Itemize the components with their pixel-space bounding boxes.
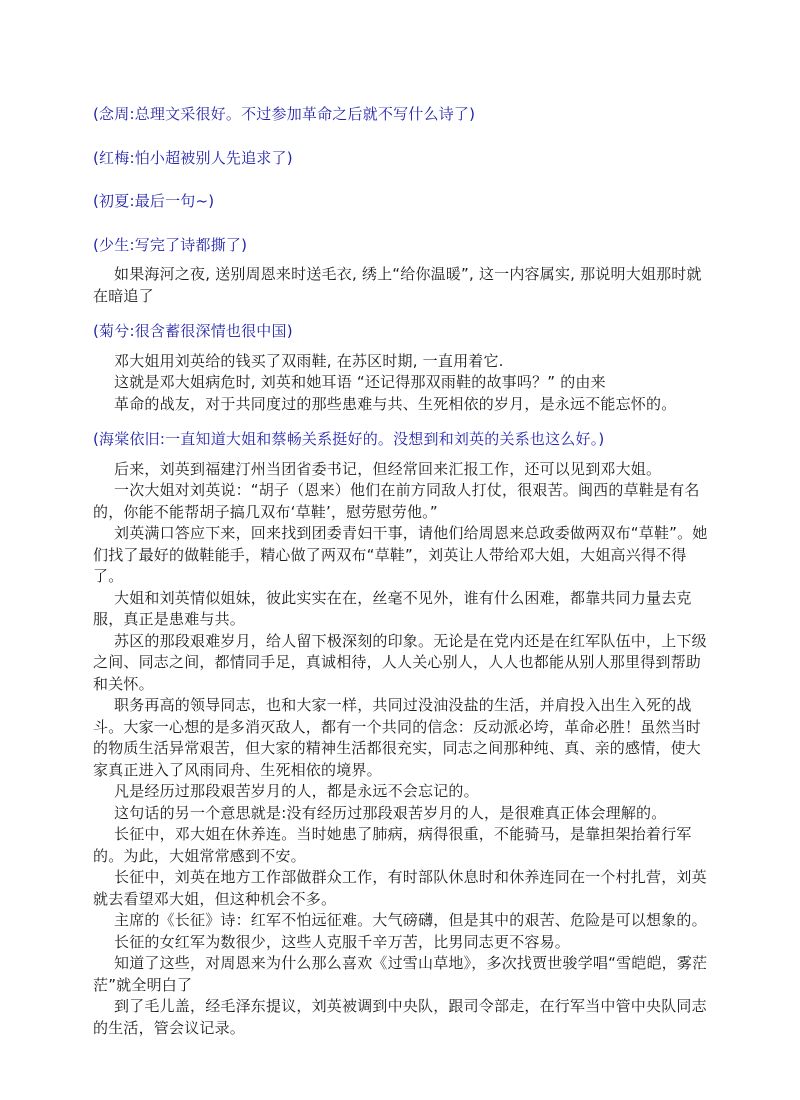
body-paragraph: 大姐和刘英情似姐妹，彼此实实在在，丝毫不见外，谁有什么困难，都靠共同力量去克服，… <box>93 588 708 631</box>
reader-comment-line: (少生:写完了诗都撕了) <box>93 235 708 257</box>
body-paragraph: 长征的女红军为数很少，这些人克服千辛万苦，比男同志更不容易。 <box>93 932 708 954</box>
body-paragraph: 主席的《长征》诗：红军不怕远征难。大气磅礴，但是其中的艰苦、危险是可以想象的。 <box>93 910 708 932</box>
reader-comment-line: (红梅:怕小超被别人先追求了) <box>93 148 708 170</box>
body-paragraph: 革命的战友，对于共同度过的那些患难与共、生死相依的岁月，是永远不能忘怀的。 <box>93 394 708 416</box>
body-paragraph: 这句话的另一个意思就是:没有经历过那段艰苦岁月的人，是很难真正体会理解的。 <box>93 803 708 825</box>
body-paragraph: 职务再高的领导同志，也和大家一样，共同过没油没盐的生活，并肩投入出生入死的战斗。… <box>93 695 708 781</box>
body-paragraph: 后来，刘英到福建汀州当团省委书记，但经常回来汇报工作，还可以见到邓大姐。 <box>93 459 708 481</box>
reader-comment-line: (初夏:最后一句~) <box>93 191 708 213</box>
document-page: (念周:总理文采很好。不过参加革命之后就不写什么诗了)(红梅:怕小超被别人先追求… <box>0 0 800 1100</box>
body-paragraph: 长征中，邓大姐在休养连。当时她患了肺病，病得很重，不能骑马，是靠担架抬着行军的。… <box>93 824 708 867</box>
reader-comment-line: (菊兮:很含蓄很深情也很中国) <box>93 321 708 343</box>
reader-comment-line: (念周:总理文采很好。不过参加革命之后就不写什么诗了) <box>93 104 708 126</box>
reader-comment-line: (海棠依旧:一直知道大姐和蔡畅关系挺好的。没想到和刘英的关系也这么好。) <box>93 429 708 451</box>
body-paragraph: 邓大姐用刘英给的钱买了双雨鞋, 在苏区时期, 一直用着它. <box>93 351 708 373</box>
body-paragraph: 凡是经历过那段艰苦岁月的人，都是永远不会忘记的。 <box>93 781 708 803</box>
body-paragraph: 这就是邓大姐病危时, 刘英和她耳语 “还记得那双雨鞋的故事吗？” 的由来 <box>93 372 708 394</box>
body-paragraph: 如果海河之夜, 送别周恩来时送毛衣, 绣上“给你温暖”, 这一内容属实, 那说明… <box>93 264 708 307</box>
body-paragraph: 苏区的那段艰难岁月，给人留下极深刻的印象。无论是在党内还是在红军队伍中，上下级之… <box>93 631 708 696</box>
body-paragraph: 到了毛儿盖，经毛泽东提议，刘英被调到中央队，跟司令部走，在行军当中管中央队同志的… <box>93 996 708 1039</box>
body-paragraph: 刘英满口答应下来，回来找到团委青妇干事，请他们给周恩来总政委做两双布“草鞋”。她… <box>93 523 708 588</box>
body-paragraph: 知道了这些，对周恩来为什么那么喜欢《过雪山草地》，多次找贾世骏学唱“雪皑皑，雾茫… <box>93 953 708 996</box>
body-paragraph: 一次大姐对刘英说：“胡子（恩来）他们在前方同敌人打仗，很艰苦。闽西的草鞋是有名的… <box>93 480 708 523</box>
body-paragraph: 长征中，刘英在地方工作部做群众工作，有时部队休息时和休养连同在一个村扎营，刘英就… <box>93 867 708 910</box>
